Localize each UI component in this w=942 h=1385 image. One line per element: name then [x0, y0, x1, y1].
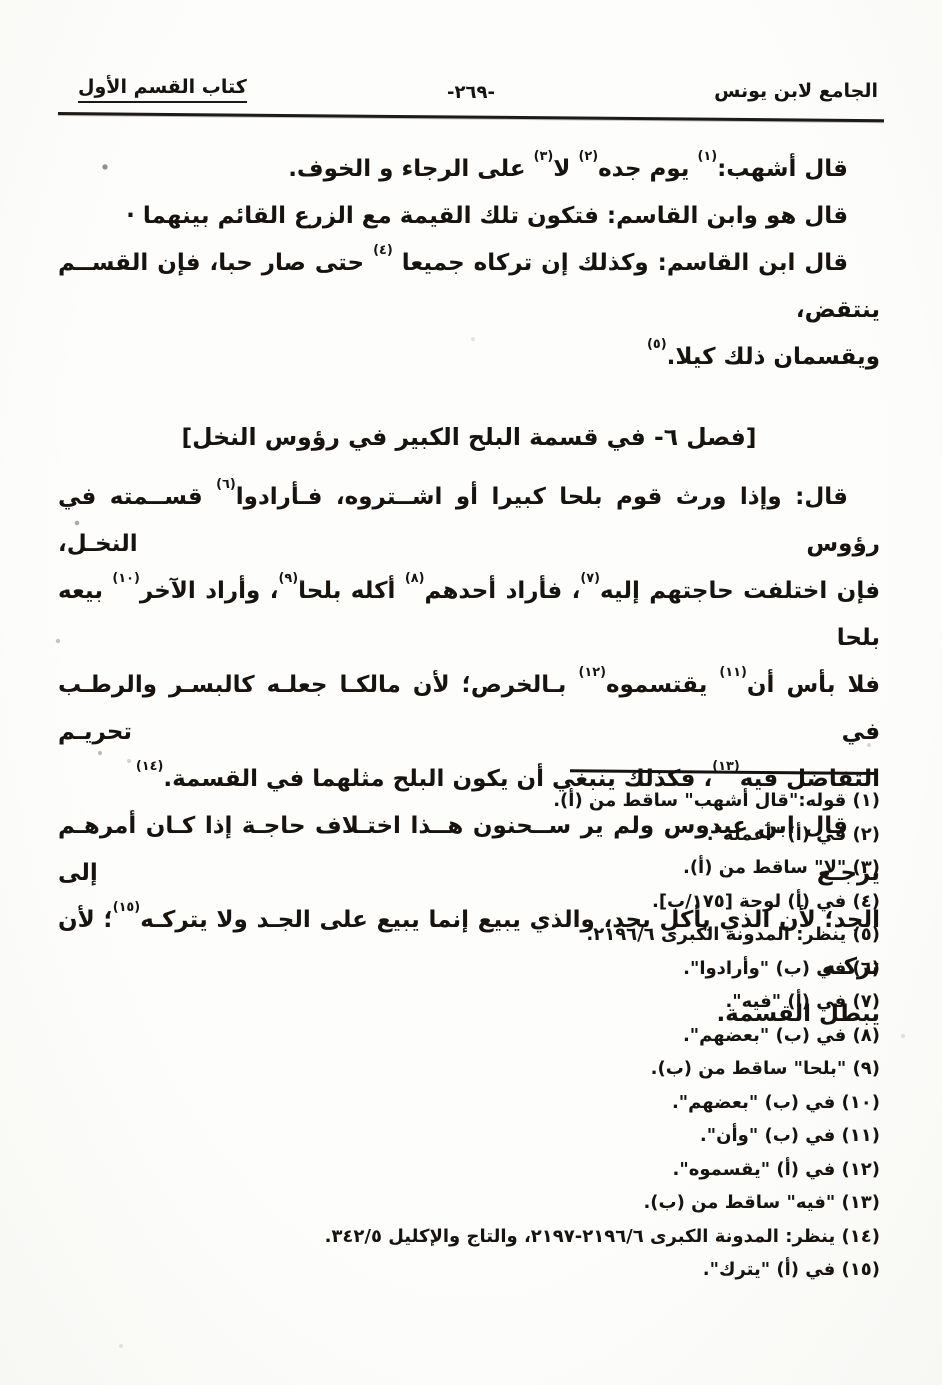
text-run: قال ابن القاسم: وكذلك إن تركاه جميعا [393, 250, 848, 276]
footnote-ref: (٣) [534, 149, 554, 164]
text-run: فإن اختلفت حاجتهم إليه [600, 578, 880, 604]
footnote-ref: (٥) [647, 337, 667, 352]
text-run: يوم جده [598, 156, 697, 182]
text-run: فلا بأس أن [747, 672, 880, 698]
footnote: (٨) في (ب) "بعضهم". [58, 1019, 880, 1053]
text-run: أكله بلحا [298, 578, 405, 604]
footnote: (١٤) ينظر: المدونة الكبرى ٢١٩٦/٦-٢١٩٧، و… [58, 1220, 880, 1254]
text-line: فإن اختلفت حاجتهم إليه(٧)، فأراد أحدهم(٨… [58, 568, 880, 662]
footnotes: (١) قوله:"قال أشهب" ساقط من (أ). (٢) في … [58, 784, 880, 1287]
text-run: على الرجاء و الخوف. [288, 156, 533, 182]
footnote: (٢) في (أ) "أعمله". [58, 818, 880, 852]
text-run: ، فأراد أحدهم [424, 578, 580, 604]
footnote: (١٠) في (ب) "بعضهم". [58, 1086, 880, 1120]
footnote: (٥) ينظر: المدونة الكبرى ٢١٩٦/٦. [58, 918, 880, 952]
text-line: قال أشهب:(١) يوم جده(٢) لا(٣) على الرجاء… [58, 146, 880, 193]
text-line: قال هو وابن القاسم: فتكون تلك القيمة مع … [58, 193, 880, 240]
text-line: قال: وإذا ورث قوم بلحا كبيرا أو اشــتروه… [58, 474, 880, 568]
text-line: ويقسمان ذلك كيلا.(٥) [58, 334, 880, 381]
footnote: (١٥) في (أ) "يترك". [58, 1253, 880, 1287]
text-run: ويقسمان ذلك كيلا. [667, 344, 880, 370]
text-line: فلا بأس أن(١١) يقتسموه(١٢) بـالخرص؛ لأن … [58, 662, 880, 756]
footnote-ref: (١٠) [112, 571, 140, 586]
footnote: (٤) في (أ) لوحة [١٧٥/ب]. [58, 885, 880, 919]
text-run: يقتسموه [606, 672, 719, 698]
book-page: الجامع لابن يونس -٢٦٩- كتاب القسم الأول … [0, 0, 942, 1385]
text-run: ، وأراد الآخر [140, 578, 279, 604]
text-run: قال: وإذا ورث قوم بلحا كبيرا أو اشــتروه… [236, 484, 848, 510]
footnote-ref: (٧) [580, 571, 600, 586]
footnote-ref: (٨) [405, 571, 425, 586]
text-run: لا [553, 156, 578, 182]
footnote-ref: (١٢) [578, 665, 606, 680]
footnote: (١٣) "فيه" ساقط من (ب). [58, 1186, 880, 1220]
section-heading: [فصل ٦- في قسمة البلح الكبير في رؤوس الن… [58, 417, 880, 457]
footnote: (١٢) في (أ) "يقسموه". [58, 1153, 880, 1187]
scan-noise [0, 0, 2, 2]
footnote-ref: (٢) [578, 149, 598, 164]
footnote-ref: (١١) [719, 665, 747, 680]
footnote: (٣) "لا" ساقط من (أ). [58, 851, 880, 885]
footnote: (٦) في (ب) "وأرادوا". [58, 952, 880, 986]
footnote: (١١) في (ب) "وأن". [58, 1119, 880, 1153]
text-line: قال ابن القاسم: وكذلك إن تركاه جميعا (٤)… [58, 240, 880, 334]
header-section-title: كتاب القسم الأول [78, 76, 247, 103]
footnote: (٧) في (أ) "فيه". [58, 985, 880, 1019]
footnote-ref: (١) [697, 149, 717, 164]
footnote-ref: (٤) [373, 243, 393, 258]
footnote-ref: (٦) [216, 477, 236, 492]
footnote: (١) قوله:"قال أشهب" ساقط من (أ). [58, 784, 880, 818]
footnote-ref: (١٤) [136, 759, 164, 774]
footnote: (٩) "بلحا" ساقط من (ب). [58, 1052, 880, 1086]
text-run: قال هو وابن القاسم: فتكون تلك القيمة مع … [126, 203, 848, 229]
text-run: قال أشهب: [717, 156, 848, 182]
header-rule [58, 112, 884, 122]
footnote-ref: (٩) [278, 571, 298, 586]
